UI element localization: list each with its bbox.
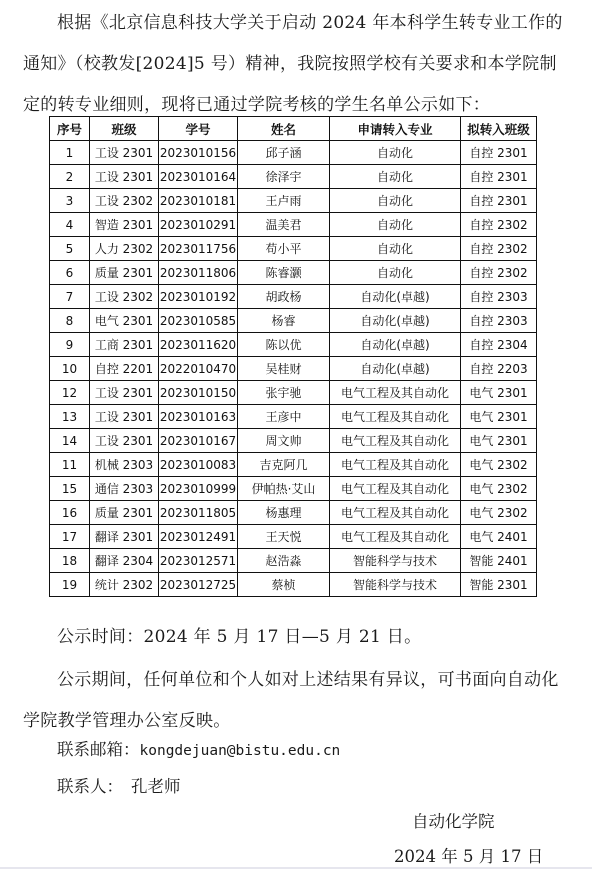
cell-index: 19 — [50, 573, 90, 597]
cell-target-major: 电气工程及其自动化 — [330, 453, 461, 477]
cell-target-class: 电气 2302 — [461, 477, 537, 501]
cell-index: 15 — [50, 477, 90, 501]
cell-target-class: 电气 2301 — [461, 429, 537, 453]
cell-class: 人力 2302 — [90, 237, 159, 261]
cell-target-class: 自控 2301 — [461, 141, 537, 165]
cell-student-id: 2023010585 — [159, 309, 238, 333]
cell-target-class: 自控 2303 — [461, 285, 537, 309]
header-target-major: 申请转入专业 — [330, 117, 461, 141]
cell-student-id: 2023010167 — [159, 429, 238, 453]
cell-name: 陈睿灏 — [238, 261, 330, 285]
email-label: 联系邮箱： — [57, 740, 140, 759]
cell-index: 13 — [50, 405, 90, 429]
cell-class: 自控 2201 — [90, 357, 159, 381]
cell-name: 吉克阿几 — [238, 453, 330, 477]
cell-target-class: 自控 2203 — [461, 357, 537, 381]
table-row: 3工设 23022023010181王卢雨自动化自控 2301 — [50, 189, 537, 213]
cell-class: 工设 2301 — [90, 429, 159, 453]
table-row: 16质量 23012023011805杨惠理电气工程及其自动化电气 2302 — [50, 501, 537, 525]
cell-target-major: 自动化 — [330, 189, 461, 213]
table-row: 9工商 23012023011620陈以优自动化(卓越)自控 2304 — [50, 333, 537, 357]
cell-student-id: 2023010083 — [159, 453, 238, 477]
cell-target-class: 自控 2302 — [461, 237, 537, 261]
cell-student-id: 2023010192 — [159, 285, 238, 309]
contact-label: 联系人： — [57, 777, 123, 796]
table-row: 15通信 23032023010999伊帕热·艾山电气工程及其自动化电气 230… — [50, 477, 537, 501]
cell-index: 9 — [50, 333, 90, 357]
cell-target-class: 电气 2302 — [461, 453, 537, 477]
cell-target-major: 自动化 — [330, 261, 461, 285]
cell-name: 周文帅 — [238, 429, 330, 453]
cell-name: 苟小平 — [238, 237, 330, 261]
cell-class: 质量 2301 — [90, 501, 159, 525]
cell-index: 18 — [50, 549, 90, 573]
cell-student-id: 2023010150 — [159, 381, 238, 405]
cell-student-id: 2023011756 — [159, 237, 238, 261]
cell-target-major: 智能科学与技术 — [330, 573, 461, 597]
cell-target-major: 自动化 — [330, 237, 461, 261]
table-row: 5人力 23022023011756苟小平自动化自控 2302 — [50, 237, 537, 261]
cell-target-class: 自控 2302 — [461, 213, 537, 237]
cell-class: 工设 2301 — [90, 405, 159, 429]
cell-target-major: 自动化 — [330, 213, 461, 237]
cell-target-major: 电气工程及其自动化 — [330, 381, 461, 405]
cell-index: 5 — [50, 237, 90, 261]
cell-target-major: 电气工程及其自动化 — [330, 429, 461, 453]
cell-target-major: 电气工程及其自动化 — [330, 525, 461, 549]
contact-person-line: 联系人： 孔老师 — [57, 773, 181, 797]
cell-index: 12 — [50, 381, 90, 405]
contact-name: 孔老师 — [131, 777, 181, 796]
cell-target-class: 自控 2303 — [461, 309, 537, 333]
cell-name: 徐泽宇 — [238, 165, 330, 189]
email-address[interactable]: kongdejuan@bistu.edu.cn — [140, 743, 341, 759]
cell-target-class: 自控 2302 — [461, 261, 537, 285]
student-roster-table: 序号 班级 学号 姓名 申请转入专业 拟转入班级 1工设 23012023010… — [49, 116, 537, 597]
cell-target-major: 电气工程及其自动化 — [330, 477, 461, 501]
header-class: 班级 — [90, 117, 159, 141]
cell-index: 10 — [50, 357, 90, 381]
table-row: 4智造 23012023010291温美君自动化自控 2302 — [50, 213, 537, 237]
header-student-id: 学号 — [159, 117, 238, 141]
cell-target-class: 电气 2302 — [461, 501, 537, 525]
intro-paragraph: 根据《北京信息科技大学关于启动 2024 年本科学生转专业工作的通知》（校教发[… — [23, 3, 571, 126]
table-row: 18翻译 23042023012571赵浩淼智能科学与技术智能 2401 — [50, 549, 537, 573]
cell-index: 7 — [50, 285, 90, 309]
cell-name: 张宇驰 — [238, 381, 330, 405]
cell-index: 8 — [50, 309, 90, 333]
table-row: 17翻译 23012023012491王天悦电气工程及其自动化电气 2401 — [50, 525, 537, 549]
cell-name: 杨惠理 — [238, 501, 330, 525]
cell-target-major: 自动化(卓越) — [330, 309, 461, 333]
table-row: 1工设 23012023010156邱子涵自动化自控 2301 — [50, 141, 537, 165]
cell-index: 3 — [50, 189, 90, 213]
cell-target-class: 电气 2301 — [461, 405, 537, 429]
cell-target-major: 自动化 — [330, 141, 461, 165]
table-row: 14工设 23012023010167周文帅电气工程及其自动化电气 2301 — [50, 429, 537, 453]
cell-class: 机械 2303 — [90, 453, 159, 477]
cell-class: 工设 2301 — [90, 141, 159, 165]
cell-class: 工设 2301 — [90, 165, 159, 189]
cell-name: 陈以优 — [238, 333, 330, 357]
table-row: 19统计 23022023012725蔡桢智能科学与技术智能 2301 — [50, 573, 537, 597]
cell-class: 工设 2302 — [90, 189, 159, 213]
cell-target-class: 自控 2301 — [461, 189, 537, 213]
cell-student-id: 2023012491 — [159, 525, 238, 549]
cell-student-id: 2022010470 — [159, 357, 238, 381]
cell-student-id: 2023011805 — [159, 501, 238, 525]
cell-target-class: 自控 2304 — [461, 333, 537, 357]
cell-target-major: 自动化 — [330, 165, 461, 189]
cell-index: 1 — [50, 141, 90, 165]
cell-class: 电气 2301 — [90, 309, 159, 333]
cell-class: 质量 2301 — [90, 261, 159, 285]
cell-target-class: 自控 2301 — [461, 165, 537, 189]
contact-email-line: 联系邮箱：kongdejuan@bistu.edu.cn — [57, 736, 340, 760]
cell-name: 王天悦 — [238, 525, 330, 549]
cell-target-major: 自动化(卓越) — [330, 357, 461, 381]
cell-class: 统计 2302 — [90, 573, 159, 597]
cell-name: 杨睿 — [238, 309, 330, 333]
cell-target-major: 电气工程及其自动化 — [330, 405, 461, 429]
table-row: 7工设 23022023010192胡政杨自动化(卓越)自控 2303 — [50, 285, 537, 309]
signature-date: 2024 年 5 月 17 日 — [394, 843, 543, 867]
cell-name: 吴桂财 — [238, 357, 330, 381]
table-row: 11机械 23032023010083吉克阿几电气工程及其自动化电气 2302 — [50, 453, 537, 477]
table-row: 6质量 23012023011806陈睿灏自动化自控 2302 — [50, 261, 537, 285]
cell-class: 工商 2301 — [90, 333, 159, 357]
cell-target-major: 智能科学与技术 — [330, 549, 461, 573]
cell-name: 邱子涵 — [238, 141, 330, 165]
table-header-row: 序号 班级 学号 姓名 申请转入专业 拟转入班级 — [50, 117, 537, 141]
signature-org: 自动化学院 — [412, 808, 495, 832]
table-row: 8电气 23012023010585杨睿自动化(卓越)自控 2303 — [50, 309, 537, 333]
cell-class: 工设 2302 — [90, 285, 159, 309]
cell-index: 14 — [50, 429, 90, 453]
notice-objection: 公示期间，任何单位和个人如对上述结果有异议，可书面向自动化学院教学管理办公室反映… — [23, 660, 571, 742]
cell-index: 4 — [50, 213, 90, 237]
header-name: 姓名 — [238, 117, 330, 141]
cell-target-class: 智能 2401 — [461, 549, 537, 573]
header-index: 序号 — [50, 117, 90, 141]
cell-student-id: 2023010156 — [159, 141, 238, 165]
notice-period: 公示时间：2024 年 5 月 17 日—5 月 21 日。 — [23, 617, 571, 658]
cell-index: 16 — [50, 501, 90, 525]
cell-student-id: 2023010999 — [159, 477, 238, 501]
cell-target-major: 电气工程及其自动化 — [330, 501, 461, 525]
cell-name: 温美君 — [238, 213, 330, 237]
cell-name: 蔡桢 — [238, 573, 330, 597]
cell-index: 2 — [50, 165, 90, 189]
cell-name: 王彦中 — [238, 405, 330, 429]
cell-class: 智造 2301 — [90, 213, 159, 237]
cell-index: 17 — [50, 525, 90, 549]
cell-student-id: 2023011806 — [159, 261, 238, 285]
cell-target-class: 智能 2301 — [461, 573, 537, 597]
cell-class: 通信 2303 — [90, 477, 159, 501]
cell-name: 胡政杨 — [238, 285, 330, 309]
cell-target-major: 自动化(卓越) — [330, 333, 461, 357]
cell-target-class: 电气 2401 — [461, 525, 537, 549]
cell-student-id: 2023010291 — [159, 213, 238, 237]
cell-student-id: 2023012725 — [159, 573, 238, 597]
cell-name: 王卢雨 — [238, 189, 330, 213]
cell-target-major: 自动化(卓越) — [330, 285, 461, 309]
table-row: 2工设 23012023010164徐泽宇自动化自控 2301 — [50, 165, 537, 189]
table-row: 10自控 22012022010470吴桂财自动化(卓越)自控 2203 — [50, 357, 537, 381]
cell-target-class: 电气 2301 — [461, 381, 537, 405]
cell-name: 伊帕热·艾山 — [238, 477, 330, 501]
cell-student-id: 2023010164 — [159, 165, 238, 189]
cell-name: 赵浩淼 — [238, 549, 330, 573]
cell-class: 工设 2301 — [90, 381, 159, 405]
cell-class: 翻译 2301 — [90, 525, 159, 549]
header-target-class: 拟转入班级 — [461, 117, 537, 141]
cell-class: 翻译 2304 — [90, 549, 159, 573]
cell-student-id: 2023012571 — [159, 549, 238, 573]
table-row: 13工设 23012023010163王彦中电气工程及其自动化电气 2301 — [50, 405, 537, 429]
cell-student-id: 2023010181 — [159, 189, 238, 213]
cell-index: 6 — [50, 261, 90, 285]
table-row: 12工设 23012023010150张宇驰电气工程及其自动化电气 2301 — [50, 381, 537, 405]
cell-student-id: 2023011620 — [159, 333, 238, 357]
cell-student-id: 2023010163 — [159, 405, 238, 429]
cell-index: 11 — [50, 453, 90, 477]
